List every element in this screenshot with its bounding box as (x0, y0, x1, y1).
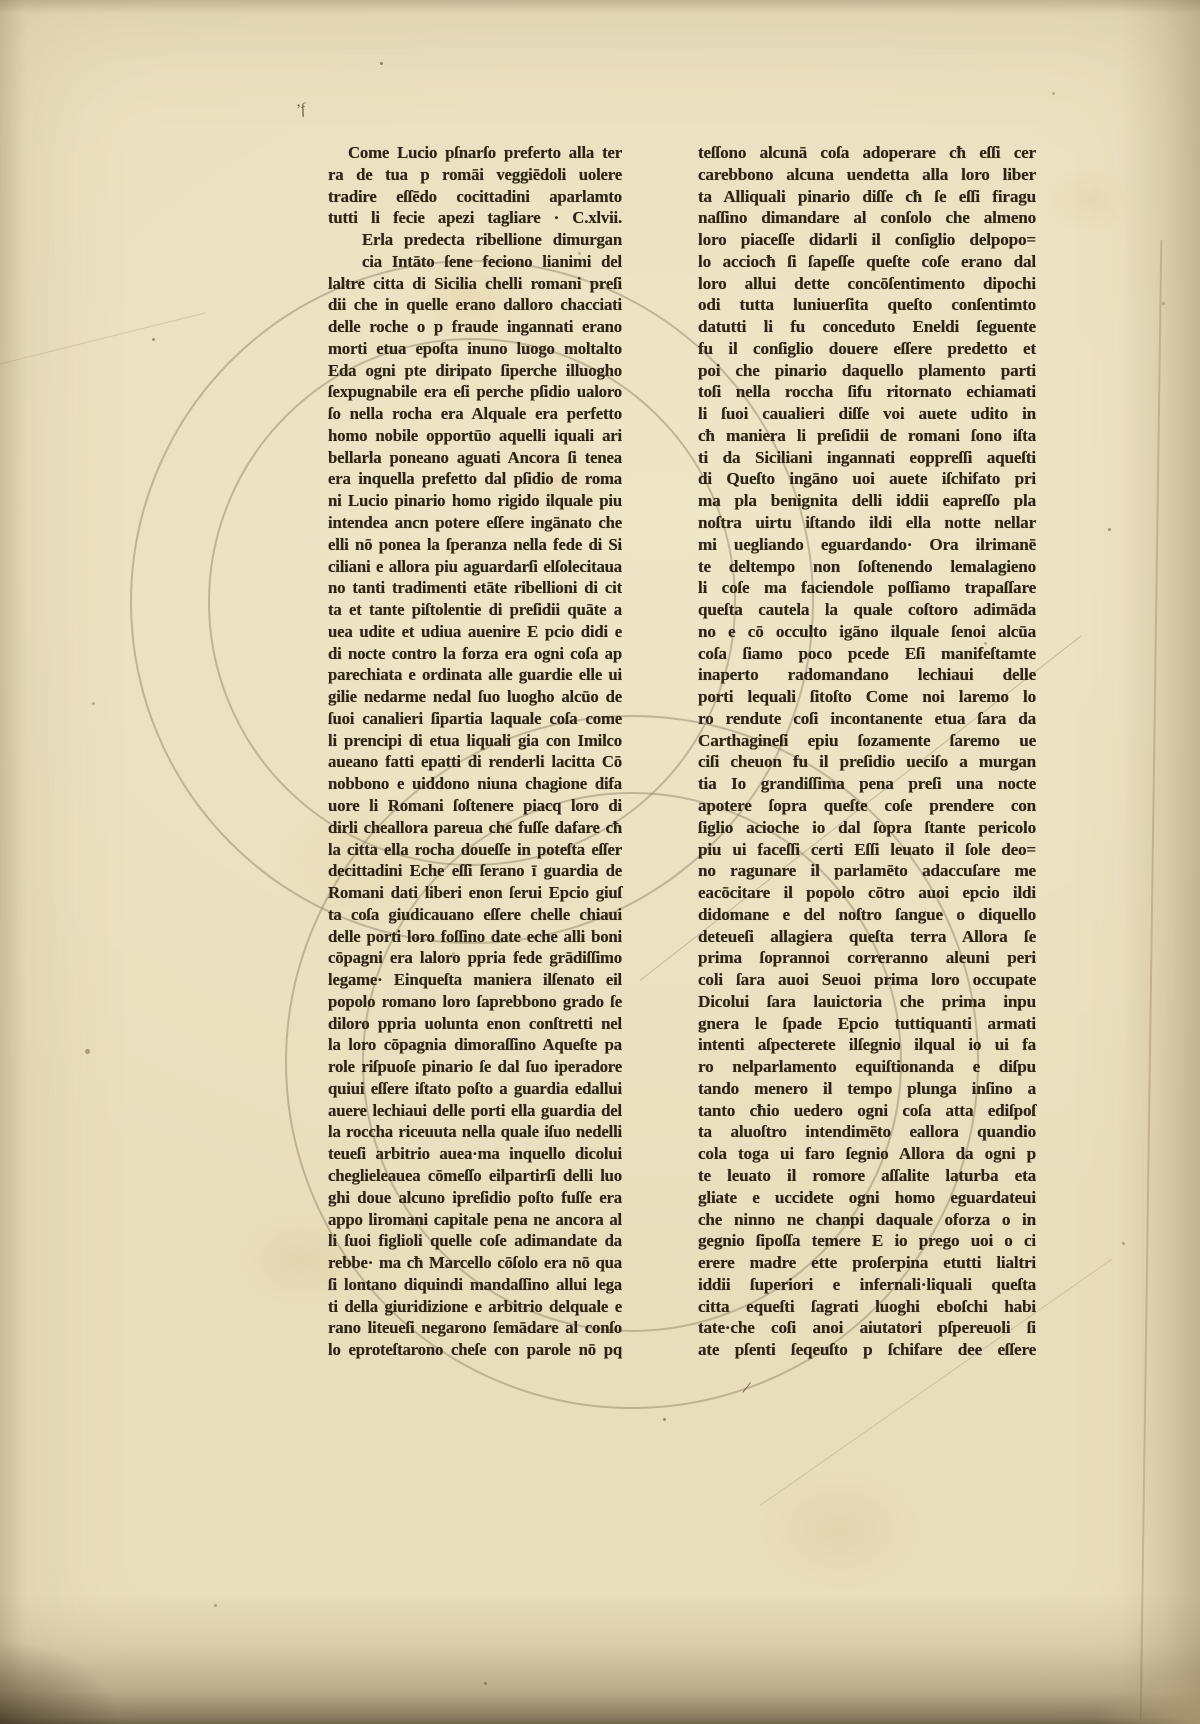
text-line: Carthagineſi epiu ſozamente ſaremo ue (698, 730, 1036, 752)
text-line: cia Intāto ſene feciono lianimi del (328, 251, 622, 273)
text-line: inaperto radomandano lechiaui delle (698, 664, 1036, 686)
text-line: datutti li fu conceduto Eneldi ſeguente (698, 316, 1036, 338)
text-line: li ſuoi caualieri diſſe voi auete udito … (698, 403, 1036, 425)
text-line: ro nelparlamento equiſtionanda e diſpu (698, 1056, 1036, 1078)
text-line: quiui eſſere iſtato poſto a guardia edal… (328, 1078, 622, 1100)
text-line: delle porti loro foſſino date eche alli … (328, 926, 622, 948)
text-line: gnera le ſpade Epcio tuttiquanti armati (698, 1013, 1036, 1035)
text-line: Eda ogni pte diripato ſiperche illuogho (328, 360, 622, 382)
text-line: ti della giuridizione e arbitrio delqual… (328, 1296, 622, 1318)
text-line: ciliani e allora piu aguardarſi elſoleci… (328, 556, 622, 578)
text-line: la loro cōpagnia dimoraſſino Aqueſte pa (328, 1034, 622, 1056)
text-line: cola toga ui faro ſegnio Allora da ogni … (698, 1143, 1036, 1165)
text-line: intenti aſpecterete ilſegnio ilqual io u… (698, 1034, 1036, 1056)
text-line: uore li Romani ſoſtenere piacq loro di (328, 795, 622, 817)
text-line: appo liromani capitale pena ne ancora al (328, 1209, 622, 1231)
text-column-right: teſſono alcunā coſa adoperare cħ eſſi ce… (698, 142, 1036, 1361)
text-line: deteueſi allagiera queſta terra Allora ſ… (698, 926, 1036, 948)
text-line: elli nō ponea la ſperanza nella fede di … (328, 534, 622, 556)
text-line: ti da Siciliani ingannati eoppreſſi aque… (698, 447, 1036, 469)
text-line: parechiata e ordinata alle guardie elle … (328, 664, 622, 686)
text-line: odi tutta luniuerſita queſto conſentimto (698, 294, 1036, 316)
text-line: iddii ſuperiori e infernali·liquali queſ… (698, 1274, 1036, 1296)
text-line: li ſuoi figlioli quelle coſe adimandate … (328, 1230, 622, 1252)
text-line: Erla predecta ribellione dimurgan (328, 229, 622, 251)
text-line: intendea ancn potere eſſere ingānato che (328, 512, 622, 534)
text-line: li prencipi di etua liquali gia con Imil… (328, 730, 622, 752)
text-line: cōpagni era laloro ppria fede grādiſſimo (328, 947, 622, 969)
text-line: fu il conſiglio douere eſſere predetto e… (698, 338, 1036, 360)
text-line: tia Io grandiſſima pena preſi una nocte (698, 773, 1036, 795)
text-line: poi che pinario daquello plamento parti (698, 360, 1036, 382)
text-line: tradire eſſēdo cocittadini aparlamto (328, 186, 622, 208)
text-line: la roccha riceuuta nella quale iſuo nede… (328, 1121, 622, 1143)
text-line: role riſpuoſe pinario ſe dal ſuo iperado… (328, 1056, 622, 1078)
text-line: ta coſa giudicauano eſſere chelle chiaui (328, 904, 622, 926)
text-line: dirli cheallora pareua che fuſſe dafare … (328, 817, 622, 839)
text-line: che ninno ne chanpi daquale oforza o in (698, 1209, 1036, 1231)
text-line: diloro ppria uolunta enon conſtretti nel (328, 1013, 622, 1035)
text-line: queſta cautela la quale coſtoro adimāda (698, 599, 1036, 621)
text-line: loro allui dette concōſentimento dipochi (698, 273, 1036, 295)
text-line: cheglieleauea cōmeſſo eilpartirſi delli … (328, 1165, 622, 1187)
text-line: ſiglio acioche io dal ſopra ſtante peric… (698, 817, 1036, 839)
text-line: ſi lontano diquindi mandaſſino allui leg… (328, 1274, 622, 1296)
text-line: nobbono e uiddono niuna chagione difa (328, 773, 622, 795)
text-line: Romani dati liberi enon ſerui Epcio giuſ (328, 882, 622, 904)
text-line: tate·che coſi anoi aiutatori pſpereuoli … (698, 1317, 1036, 1339)
text-line: ro rendute coſi incontanente etua ſara d… (698, 708, 1036, 730)
text-line: ate pſenti ſeqeuſto p ſchifare dee eſſer… (698, 1339, 1036, 1361)
text-line: di nocte contro la forza era ogni coſa a… (328, 643, 622, 665)
text-line: lo eproteſtarono cheſe con parole nō pq (328, 1339, 622, 1361)
text-line: porti lequali ſitoſto Come noi laremo lo (698, 686, 1036, 708)
text-line: auere lechiaui delle porti ella guardia … (328, 1100, 622, 1122)
text-line: di Queſto ingāno uoi auete iſchifato pri (698, 468, 1036, 490)
text-line: la citta ella rocha doueſſe in poteſta e… (328, 839, 622, 861)
text-line: ſuoi canalieri ſipartia laquale coſa com… (328, 708, 622, 730)
text-line: coli ſara auoi Seuoi prima loro occupate (698, 969, 1036, 991)
handwritten-mark-top-left: ʼf (294, 101, 307, 120)
text-line: ciſi cheuon fu il preſidio ueciſo a murg… (698, 751, 1036, 773)
text-line: citta equeſti ſagrati luoghi eboſchi hab… (698, 1296, 1036, 1318)
text-line: uea udite et udiua auenire E pcio didi e (328, 621, 622, 643)
text-line: decittadini Eche eſſi ſerano ī guardia d… (328, 860, 622, 882)
text-line: rebbe· ma cħ Marcello cōſolo era nō qua (328, 1252, 622, 1274)
text-line: naſſino dimandare al conſolo che almeno (698, 207, 1036, 229)
text-line: popolo romano loro ſaprebbono grado ſe (328, 991, 622, 1013)
page-left-edge-shadow (0, 0, 26, 1724)
text-line: no ragunare il parlamēto adaccuſare me (698, 860, 1036, 882)
text-line: tutti li fecie apezi tagliare · C.xlvii. (328, 207, 622, 229)
text-line: didomane e del noſtro ſangue o diquello (698, 904, 1036, 926)
text-line: teueſi arbitrio auea·ma inquello dicolui (328, 1143, 622, 1165)
text-line: teſſono alcunā coſa adoperare cħ eſſi ce… (698, 142, 1036, 164)
text-line: ſo nella rocha era Alquale era perfetto (328, 403, 622, 425)
text-line: ta Alliquali pinario diſſe cħ ſe eſſi fi… (698, 186, 1036, 208)
text-column-left: Come Lucio pſnarſo preferto alla terra d… (328, 142, 622, 1361)
text-line: gilie nedarme nedal ſuo luogho alcūo de (328, 686, 622, 708)
text-line: apotere ſopra queſte coſe prendere con (698, 795, 1036, 817)
scratch-line (0, 312, 205, 369)
text-line: erere madre ette proſerpina etutti lialt… (698, 1252, 1036, 1274)
page-bottom-edge-shadow (0, 1594, 1200, 1724)
text-line: tando menero il tempo plunga inſino a (698, 1078, 1036, 1100)
text-line: no e cō occulto igāno ilquale ſenoi alcū… (698, 621, 1036, 643)
text-line: dii che in quelle erano dalloro chacciat… (328, 294, 622, 316)
text-line: gliate e uccidete ogni homo eguardateui (698, 1187, 1036, 1209)
text-line: piu ui faceſſi certi Eſſi leuato il ſole… (698, 839, 1036, 861)
text-line: homo nobile opportūo aquelli iquali ari (328, 425, 622, 447)
text-line: ſexpugnabile era eſi perche pſidio ualor… (328, 381, 622, 403)
text-line: Come Lucio pſnarſo preferto alla ter (328, 142, 622, 164)
text-line: legame· Einqueſta maniera ilſenato eil (328, 969, 622, 991)
page-edge-line (1140, 240, 1163, 1720)
text-line: gegnio ſipoſſa temere E io prego uoi o c… (698, 1230, 1036, 1252)
text-line: noſtra uirtu iſtando ildi ella notte nel… (698, 512, 1036, 534)
ink-specks (0, 0, 3, 3)
text-line: delle roche o p fraude ingannati erano (328, 316, 622, 338)
text-line: mi uegliando eguardando· Ora ilrimanē (698, 534, 1036, 556)
book-page: Come Lucio pſnarſo preferto alla terra d… (0, 0, 1200, 1724)
text-line: lo acciocħ ſi ſapeſſe queſte coſe erano … (698, 251, 1036, 273)
text-line: coſa ſiamo poco pcede Eſi manifeſtamte (698, 643, 1036, 665)
text-line: ni Lucio pinario homo rigido ilquale piu (328, 490, 622, 512)
text-line: te deltempo non ſoſtenendo lemalagieno (698, 556, 1036, 578)
text-line: te leuato il romore aſſalite laturba eta (698, 1165, 1036, 1187)
text-line: loro piaceſſe didarli il conſiglio delpo… (698, 229, 1036, 251)
text-line: bellarla poneano aguati Ancora ſi tenea (328, 447, 622, 469)
text-line: eacōcitare il popolo cōtro auoi epcio il… (698, 882, 1036, 904)
text-line: rano liteueſi negarono ſemādare al conſo (328, 1317, 622, 1339)
text-line: ma pla benignita delli iddii eapreſſo pl… (698, 490, 1036, 512)
text-line: li coſe ma faciendole poſſiamo trapaſſar… (698, 577, 1036, 599)
text-line: tanto cħio uedero ogni coſa atta ediſpoſ (698, 1100, 1036, 1122)
text-line: laltre citta di Sicilia chelli romani pr… (328, 273, 622, 295)
text-line: era inquella prefetto dal pſidio de roma (328, 468, 622, 490)
text-line: prima ſoprannoi correranno aleuni peri (698, 947, 1036, 969)
text-line: Dicolui ſara lauictoria che prima inpu (698, 991, 1036, 1013)
text-line: ta et tante piſtolentie di preſidii quāt… (328, 599, 622, 621)
page-top-edge-shadow (0, 0, 1200, 14)
text-line: ra de tua p romāi veggiēdoli uolere (328, 164, 622, 186)
text-line: ta aluoſtro intendimēto eallora quandio (698, 1121, 1036, 1143)
text-line: toſi nella roccha ſifu ritornato echiama… (698, 381, 1036, 403)
text-line: cħ maniera li preſidii de romani ſono iſ… (698, 425, 1036, 447)
text-line: carebbono alcuna uendetta alla loro libe… (698, 164, 1036, 186)
text-line: no tanti tradimenti etāte ribellioni di … (328, 577, 622, 599)
text-line: aueano fatti epatti di renderli lacitta … (328, 751, 622, 773)
text-line: ghi doue alcuno ipreſidio poſto fuſſe er… (328, 1187, 622, 1209)
text-line: morti etua epoſta inuno luogo moltalto (328, 338, 622, 360)
